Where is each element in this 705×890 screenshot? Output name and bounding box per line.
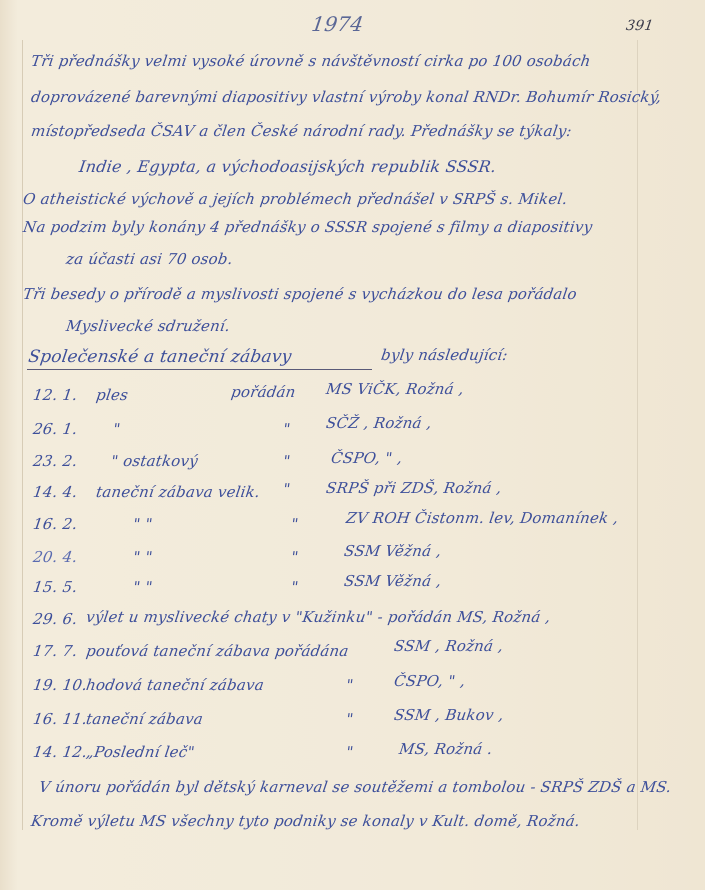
paragraph-line: za účasti asi 70 osob. [65,250,234,268]
event-name: výlet u myslivecké chaty v "Kužinku" - p… [85,608,552,626]
event-organizer: ZV ROH Čistonm. lev, Domanínek , [345,509,620,527]
event-date: 23. 2. [32,452,79,470]
event-organized-by: " [290,578,300,596]
event-organizer: SSM Věžná , [343,572,443,590]
event-organizer: SRPŠ při ZDŠ, Rožná , [325,479,503,497]
event-date: 20. 4. [32,548,79,566]
event-name: pouťová taneční zábava pořádána [85,642,350,660]
event-date: 12. 1. [32,386,79,404]
event-organized-by: " [290,515,300,533]
event-organizer: SSM Věžná , [343,542,443,560]
event-organizer: MS ViČK, Rožná , [325,380,465,398]
heading-underline [27,369,372,370]
paragraph-line: O atheistické výchově a jejích problémec… [22,190,569,208]
paragraph-line: doprovázené barevnými diapositivy vlastn… [30,88,663,106]
event-date: 16. 11. [32,710,88,728]
event-name: " " [132,578,154,596]
event-organizer: ČSPO, " , [330,449,404,467]
event-organized-by: " [290,548,300,566]
closing-line: Kromě výletu MS všechny tyto podniky se … [30,812,581,830]
event-name: " " [132,548,154,566]
event-date: 15. 5. [32,578,79,596]
event-date: 17. 7. [32,642,79,660]
paragraph-line: místopředseda ČSAV a člen České národní … [30,122,573,140]
event-organized-by: " [282,452,292,470]
page-year: 1974 [310,12,365,36]
section-heading-suffix: byly následující: [380,346,509,364]
event-organized-by: " [345,743,355,761]
event-name: ples [95,386,129,404]
event-name: taneční zábava velik. [95,483,261,501]
paragraph-line: Indie , Egypta, a východoasijských repub… [78,157,498,176]
event-name: taneční zábava [85,710,204,728]
left-margin-line [22,40,23,830]
paragraph-line: Na podzim byly konány 4 přednášky o SSSR… [22,218,594,236]
event-date: 19. 10. [32,676,88,694]
right-margin-line [637,40,638,830]
event-organized-by: " [282,420,292,438]
event-organizer: ČSPO, " , [393,672,467,690]
event-organized-by: pořádán [230,383,297,401]
event-date: 26. 1. [32,420,79,438]
event-organizer: SSM , Bukov , [393,706,505,724]
event-date: 29. 6. [32,610,79,628]
handwritten-chronicle-page: 1974 391 Tři přednášky velmi vysoké úrov… [0,0,705,890]
closing-line: V únoru pořádán byl dětský karneval se s… [38,778,673,796]
page-number: 391 [625,18,655,34]
event-organizer: MS, Rožná . [398,740,494,758]
event-name: „Poslední leč" [85,743,196,761]
event-organized-by: " [345,710,355,728]
event-organized-by: " [282,480,292,498]
event-date: 14. 12. [32,743,88,761]
event-organizer: SČŽ , Rožná , [325,414,433,432]
event-name: " ostatkový [110,452,199,470]
event-date: 16. 2. [32,515,79,533]
event-name: hodová taneční zábava [85,676,265,694]
paragraph-line: Tři besedy o přírodě a myslivosti spojen… [22,285,578,303]
event-date: 14. 4. [32,483,79,501]
event-name: " [112,420,122,438]
event-name: " " [132,515,154,533]
event-organizer: SSM , Rožná , [393,637,504,655]
section-heading: Společenské a taneční zábavy [27,347,293,367]
paragraph-line: Tři přednášky velmi vysoké úrovně s návš… [30,52,592,70]
event-organized-by: " [345,676,355,694]
paragraph-line: Myslivecké sdružení. [65,317,231,335]
